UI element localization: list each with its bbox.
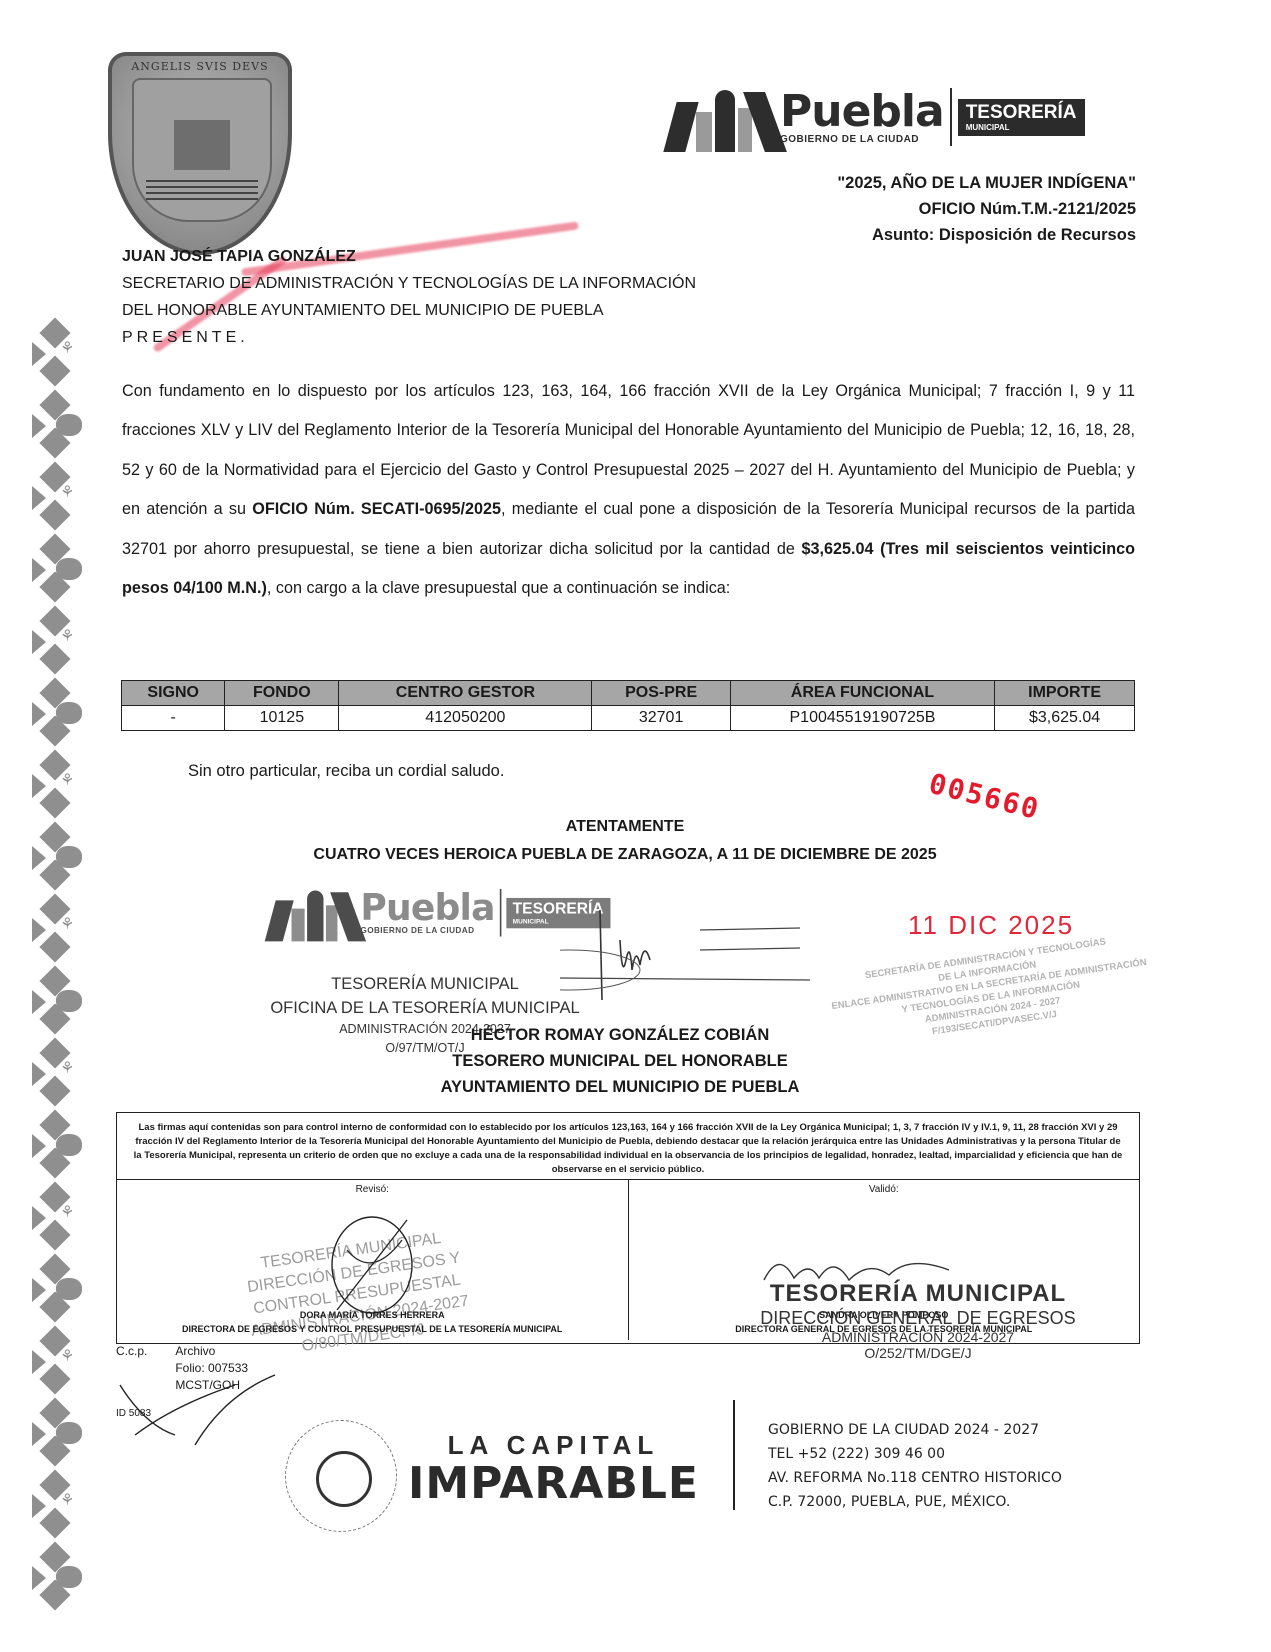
stamp-line: DIRECCIÓN GENERAL DE EGRESOS xyxy=(748,1308,1088,1329)
addressee-block: JUAN JOSÉ TAPIA GONZÁLEZ SECRETARIO DE A… xyxy=(122,243,696,351)
ccp-label: C.c.p. xyxy=(116,1343,172,1360)
crest-waves-icon xyxy=(146,180,258,202)
reviewer-signature xyxy=(317,1210,427,1320)
logo-wordmark: Puebla xyxy=(360,890,494,926)
badge-subtitle: MUNICIPAL xyxy=(966,123,1077,132)
column-header: IMPORTE xyxy=(995,681,1135,706)
logo-subtitle: GOBIERNO DE LA CIUDAD xyxy=(360,926,494,935)
contact-postal: C.P. 72000, PUEBLA, PUE, MÉXICO. xyxy=(768,1490,1062,1514)
footer-divider xyxy=(733,1400,735,1510)
signer-name: HÉCTOR ROMAY GONZÁLEZ COBIÁN xyxy=(300,1022,940,1048)
contact-line: GOBIERNO DE LA CIUDAD 2024 - 2027 xyxy=(768,1418,1062,1442)
city-crest-logo: ANGELIS SVIS DEVS xyxy=(108,52,292,255)
border-motif xyxy=(30,392,90,464)
reviewed-label: Revisó: xyxy=(117,1180,628,1195)
border-motif: ⚘ xyxy=(30,320,90,392)
slogan-top: LA CAPITAL xyxy=(408,1430,699,1461)
referenced-oficio: OFICIO Núm. SECATI-0695/2025 xyxy=(252,500,501,518)
logo-wordmark: Puebla xyxy=(780,90,944,134)
puebla-tesoreria-logo: Puebla GOBIERNO DE LA CIUDAD TESORERÍA M… xyxy=(660,82,1085,152)
body-text-part3: , con cargo a la clave presupuestal que … xyxy=(267,579,730,597)
border-motif xyxy=(30,1112,90,1184)
border-motif: ⚘ xyxy=(30,896,90,968)
stamp-line: TESORERÍA MUNICIPAL xyxy=(748,1280,1088,1308)
border-motif xyxy=(30,1544,90,1616)
addressee-present: PRESENTE. xyxy=(122,324,696,351)
initials-signature xyxy=(115,1365,295,1455)
crest-castle-icon xyxy=(174,120,230,170)
table-row: -1012541205020032701P10045519190725B$3,6… xyxy=(122,706,1135,731)
border-motif xyxy=(30,968,90,1040)
treasurer-signature xyxy=(560,900,820,1010)
la-capital-imparable-logo: LA CAPITAL IMPARABLE xyxy=(408,1430,699,1507)
tesoreria-badge: TESORERÍA MUNICIPAL xyxy=(958,99,1085,136)
crest-motto: ANGELIS SVIS DEVS xyxy=(112,60,288,73)
border-motif xyxy=(30,1256,90,1328)
oficio-number: OFICIO Núm.T.M.-2121/2025 xyxy=(837,196,1136,222)
validated-label: Validó: xyxy=(629,1180,1140,1195)
reviewed-by-cell: Revisó: TESORERÍA MUNICIPALDIRECCIÓN DE … xyxy=(117,1180,628,1340)
addressee-name: JUAN JOSÉ TAPIA GONZÁLEZ xyxy=(122,243,696,270)
year-slogan: "2025, AÑO DE LA MUJER INDÍGENA" xyxy=(837,170,1136,196)
atentamente: ATENTAMENTE xyxy=(0,818,1250,836)
received-date-stamp: 11 DIC 2025 xyxy=(908,910,1074,941)
border-motif: ⚘ xyxy=(30,1040,90,1112)
contact-address: AV. REFORMA No.118 CENTRO HISTORICO xyxy=(768,1466,1062,1490)
addressee-title-line1: SECRETARIO DE ADMINISTRACIÓN Y TECNOLOGÍ… xyxy=(122,270,696,297)
slogan-bottom: IMPARABLE xyxy=(408,1461,699,1507)
ccp-line: Archivo xyxy=(175,1343,248,1360)
stamp-line: TESORERÍA MUNICIPAL xyxy=(265,972,585,996)
logo-divider xyxy=(950,88,952,146)
crest-shield xyxy=(132,78,272,222)
border-motif: ⚘ xyxy=(30,608,90,680)
border-motif: ⚘ xyxy=(30,464,90,536)
stamp-line: OFICINA DE LA TESORERÍA MUNICIPAL xyxy=(265,996,585,1020)
badge-title: TESORERÍA xyxy=(966,103,1077,123)
tesoreria-seal-logo: Puebla GOBIERNO DE LA CIUDAD TESORERÍA M… xyxy=(262,884,610,941)
table-cell: 412050200 xyxy=(339,706,592,731)
puebla-emblem-icon xyxy=(262,884,360,941)
logo-subtitle: GOBIERNO DE LA CIUDAD xyxy=(780,134,944,145)
signer-title-line2: AYUNTAMIENTO DEL MUNICIPIO DE PUEBLA xyxy=(300,1074,940,1100)
border-motif: ⚘ xyxy=(30,1472,90,1544)
column-header: ÁREA FUNCIONAL xyxy=(730,681,994,706)
border-motif: ⚘ xyxy=(30,1328,90,1400)
table-header-row: SIGNOFONDOCENTRO GESTORPOS-PREÁREA FUNCI… xyxy=(122,681,1135,706)
signer-title-line1: TESORERO MUNICIPAL DEL HONORABLE xyxy=(300,1048,940,1074)
reviewer-name: DORA MARÍA TORRES HERRERA xyxy=(117,1310,628,1320)
stamp-line: O/252/TM/DGE/J xyxy=(748,1345,1088,1361)
puebla-emblem-icon xyxy=(660,82,780,152)
decorative-border: ⚘⚘⚘⚘⚘⚘⚘⚘⚘ xyxy=(30,320,90,1620)
equality-certification-seal xyxy=(285,1420,397,1532)
table-cell: - xyxy=(122,706,225,731)
seal-hexagon-icon xyxy=(316,1451,372,1507)
subject-line: Asunto: Disposición de Recursos xyxy=(837,222,1136,248)
column-header: FONDO xyxy=(225,681,339,706)
border-motif: ⚘ xyxy=(30,752,90,824)
table-cell: 32701 xyxy=(592,706,730,731)
column-header: POS-PRE xyxy=(592,681,730,706)
contact-phone: TEL +52 (222) 309 46 00 xyxy=(768,1442,1062,1466)
addressee-title-line2: DEL HONORABLE AYUNTAMIENTO DEL MUNICIPIO… xyxy=(122,297,696,324)
border-motif xyxy=(30,536,90,608)
column-header: SIGNO xyxy=(122,681,225,706)
direccion-general-egresos-stamp: TESORERÍA MUNICIPAL DIRECCIÓN GENERAL DE… xyxy=(748,1280,1088,1361)
body-paragraph: Con fundamento en lo dispuesto por los a… xyxy=(122,372,1135,608)
body-text-part1: Con fundamento en lo dispuesto por los a… xyxy=(122,382,1135,518)
table-cell: P10045519190725B xyxy=(730,706,994,731)
border-motif: ⚘ xyxy=(30,1184,90,1256)
legal-disclaimer: Las firmas aquí contenidas son para cont… xyxy=(117,1113,1139,1180)
table-cell: $3,625.04 xyxy=(995,706,1135,731)
reviewer-title: DIRECTORA DE EGRESOS Y CONTROL PRESUPUES… xyxy=(117,1324,628,1334)
budget-key-table: SIGNOFONDOCENTRO GESTORPOS-PREÁREA FUNCI… xyxy=(121,680,1135,731)
border-motif xyxy=(30,680,90,752)
footer-contact-info: GOBIERNO DE LA CIUDAD 2024 - 2027 TEL +5… xyxy=(768,1418,1062,1514)
stamp-line: ADMINISTRACIÓN 2024-2027 xyxy=(748,1329,1088,1345)
logo-divider xyxy=(500,889,502,937)
document-header-info: "2025, AÑO DE LA MUJER INDÍGENA" OFICIO … xyxy=(837,170,1136,248)
closing-line: Sin otro particular, reciba un cordial s… xyxy=(188,762,504,781)
table-cell: 10125 xyxy=(225,706,339,731)
place-and-date: CUATRO VECES HEROICA PUEBLA DE ZARAGOZA,… xyxy=(0,846,1250,864)
signer-block: HÉCTOR ROMAY GONZÁLEZ COBIÁN TESORERO MU… xyxy=(300,1022,940,1100)
column-header: CENTRO GESTOR xyxy=(339,681,592,706)
border-motif xyxy=(30,1400,90,1472)
